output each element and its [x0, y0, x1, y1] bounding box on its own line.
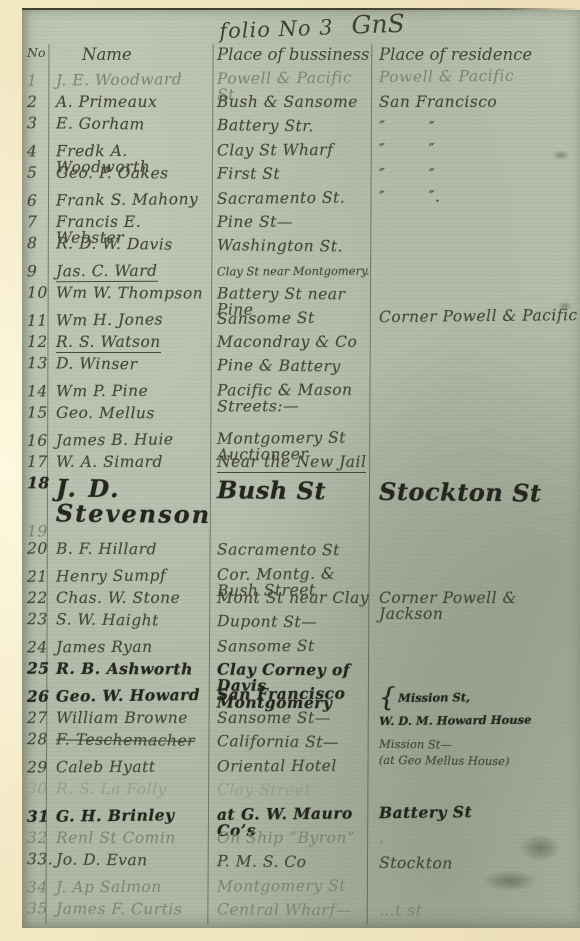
row-name-cell: Geo. Mellus: [48, 405, 213, 422]
row-name-cell: R. B. Ashworth: [48, 661, 213, 678]
handwritten-text: Bush & Sansome: [217, 93, 358, 111]
handwritten-text: 11: [27, 312, 48, 330]
handwritten-text: William Browne: [56, 709, 188, 727]
ink-smudge: [548, 148, 574, 162]
handwritten-text: Wm P. Pine: [56, 382, 148, 400]
handwritten-text: First St: [217, 165, 280, 183]
row-biz-cell: Clay Street: [213, 782, 373, 799]
row-no-cell: 14: [22, 383, 48, 399]
handwritten-text: 21: [27, 568, 48, 586]
row-name-cell: J. E. Woodward: [48, 71, 213, 89]
row-biz-cell: First St: [213, 166, 373, 183]
handwritten-text: ″ ″.: [379, 188, 441, 207]
register-rows: 1J. E. WoodwardPowell & Pacific StPowell…: [22, 70, 580, 928]
row-res-cell: [373, 637, 580, 638]
row-name-cell: Chas. W. Stone: [48, 590, 213, 606]
row-biz-cell: [213, 522, 373, 523]
handwritten-text: Sansome St: [217, 309, 315, 328]
handwritten-text: Jo. D. Evan: [56, 850, 148, 869]
handwritten-text: R. B. Ashworth: [56, 659, 193, 679]
handwritten-text: Wm H. Jones: [56, 310, 163, 329]
ink-smudge: [510, 828, 570, 868]
handwritten-text: 8: [27, 234, 38, 252]
handwritten-text: 20: [27, 540, 48, 558]
handwritten-text: San Francisco: [379, 93, 497, 111]
handwritten-text: Frank S. Mahony: [56, 190, 198, 209]
handwritten-text: P. M. S. Co: [217, 852, 307, 871]
row-biz-cell: Pine & Battery: [213, 357, 373, 375]
handwritten-text: Chas. W. Stone: [56, 589, 180, 607]
handwritten-text: 18: [27, 473, 50, 492]
ink-smudge: [554, 300, 576, 312]
row-no-cell: 20: [22, 541, 48, 557]
handwritten-text: 10: [27, 284, 48, 302]
handwritten-text: 16: [27, 432, 48, 450]
row-biz-cell: Oriental Hotel: [213, 758, 373, 775]
table-row: 18J. D. StevensonBush StStockton St: [22, 475, 580, 525]
row-name-cell: W. A. Simard: [48, 454, 213, 470]
handwritten-text: 28: [27, 730, 48, 748]
handwritten-text: Sansome St: [217, 637, 315, 656]
handwritten-text: James Ryan: [56, 638, 153, 657]
scanned-register-page: { "page": { "folio_label": "folio No 3",…: [0, 0, 580, 941]
row-name-cell: Geo. W. Howard: [48, 687, 213, 705]
row-no-cell: 31: [22, 809, 48, 826]
row-biz-cell: Sansome St—: [213, 710, 373, 726]
row-no-cell: 27: [22, 710, 48, 726]
handwritten-text: …t st: [379, 901, 422, 919]
handwritten-text: R. D. W. Davis: [56, 234, 173, 253]
row-name-cell: Caleb Hyatt: [48, 758, 213, 775]
row-res-cell: [373, 521, 580, 522]
row-biz-cell: Clay St near Montgomery.: [213, 262, 373, 279]
handwritten-text: Clay St Wharf: [217, 141, 333, 160]
handwritten-text: ″ ″: [379, 118, 435, 137]
row-no-cell: 8: [22, 235, 48, 252]
row-no-cell: 2: [22, 94, 48, 110]
row-biz-cell: Bush St: [213, 477, 373, 504]
handwritten-text: 15: [27, 404, 48, 422]
handwritten-text: Sacramento St.: [217, 189, 345, 208]
row-biz-cell: Sacramento St: [213, 542, 373, 559]
row-res-cell: Powell & Pacific: [373, 67, 580, 85]
handwritten-text: 14: [27, 382, 48, 400]
handwritten-text: J. Ap Salmon: [56, 878, 162, 897]
row-no-cell: 4: [22, 143, 48, 159]
folio-header: folio No 3GnS: [192, 8, 433, 45]
row-name-cell: Jo. D. Evan: [48, 851, 213, 869]
handwritten-text: Sansome St—: [217, 709, 331, 727]
column-header-name: Name: [48, 46, 213, 68]
row-no-cell: 29: [22, 759, 48, 775]
handwritten-text: On Ship “Byron”: [217, 829, 355, 847]
row-no-cell: 28: [22, 731, 48, 748]
handwritten-text: James F. Curtis: [56, 900, 182, 919]
row-biz-cell: Dupont St—: [213, 613, 373, 631]
row-biz-cell: [213, 406, 373, 407]
row-res-cell: [373, 239, 580, 241]
handwritten-text: 9: [27, 262, 37, 280]
handwritten-text: Sacramento St: [217, 541, 340, 560]
handwritten-text: Wm W. Thompson: [56, 284, 203, 303]
table-row: 35James F. CurtisCentral Wharf—…t st: [22, 901, 580, 928]
handwritten-text: G. H. Brinley: [56, 805, 175, 825]
row-no-cell: 32: [22, 830, 48, 846]
row-no-cell: 19: [22, 523, 48, 539]
handwritten-text: Washington St.: [217, 236, 343, 255]
handwritten-text: James B. Huie: [56, 430, 174, 449]
handwritten-text: D. Winser: [56, 354, 138, 373]
handwritten-text: Near the New Jail: [217, 453, 366, 473]
handwritten-text: 31: [27, 807, 50, 826]
row-biz-cell: Mont St near Clay: [213, 590, 373, 606]
row-no-cell: 13: [22, 355, 48, 372]
row-res-cell: ″ ″: [373, 119, 580, 137]
handwritten-text: Battery Str.: [217, 116, 314, 135]
handwritten-text: ″ ″: [379, 165, 435, 183]
row-res-cell: Stockton St: [373, 479, 580, 506]
row-name-cell: James F. Curtis: [48, 901, 213, 918]
handwritten-text: S. W. Haight: [56, 610, 159, 629]
row-name-cell: [48, 522, 213, 523]
row-res-cell: [373, 406, 580, 407]
row-biz-cell: Macondray & Co: [213, 334, 373, 350]
row-name-cell: Geo. P. Oakes: [48, 165, 213, 182]
row-res-cell: ″ ″.: [373, 187, 580, 205]
handwritten-text: Caleb Hyatt: [56, 758, 156, 777]
row-name-cell: James Ryan: [48, 638, 213, 655]
row-biz-cell: Montgomery St: [213, 878, 373, 895]
row-no-cell: 1: [22, 73, 48, 90]
handwritten-text: Battery St: [379, 802, 472, 822]
row-name-cell: B. F. Hillard: [48, 541, 213, 558]
row-no-cell: 26: [22, 689, 48, 706]
handwritten-text: Mont St near Clay: [217, 589, 369, 607]
handwritten-text: Geo. W. Howard: [56, 685, 200, 706]
handwritten-text: R. S. La Folly: [56, 780, 167, 799]
handwritten-text: 25: [27, 659, 50, 678]
row-biz-cell: Sansome St: [213, 638, 373, 655]
row-biz-cell: Washington St.: [213, 237, 373, 255]
row-name-cell: Wm H. Jones: [48, 311, 213, 329]
handwritten-text: Geo. P. Oakes: [56, 164, 169, 183]
handwritten-text: B. F. Hillard: [56, 540, 157, 559]
handwritten-text: ″ ″: [379, 140, 435, 158]
row-res-cell: [373, 662, 580, 663]
handwritten-text: Pine & Battery: [217, 356, 341, 375]
handwritten-text: 22: [27, 589, 48, 607]
row-no-cell: 35: [22, 901, 48, 917]
handwritten-text: Powell & Pacific: [379, 67, 514, 86]
handwritten-text: .: [379, 829, 384, 847]
handwritten-text: Pine St—: [217, 213, 293, 231]
row-name-cell: James B. Huie: [48, 431, 213, 449]
handwritten-text: California St—: [217, 732, 339, 751]
handwritten-text: 7: [27, 213, 37, 231]
row-no-cell: 11: [22, 313, 48, 330]
row-res-cell: San Francisco: [373, 94, 580, 110]
row-res-cell: Corner Powell & Pacific: [373, 307, 580, 325]
row-no-cell: 7: [22, 214, 48, 230]
row-name-cell: F. Teschemacher: [48, 731, 213, 749]
row-biz-cell: On Ship “Byron”: [213, 830, 373, 846]
handwritten-text: E. Gorham: [56, 114, 145, 133]
handwritten-text: Geo. Mellus: [56, 404, 155, 423]
handwritten-text: Montgomery St: [217, 877, 346, 896]
handwritten-text: 2: [27, 93, 37, 111]
handwritten-text: Oriental Hotel: [217, 757, 337, 776]
row-res-cell: ″ ″: [373, 166, 580, 183]
handwritten-text: 29: [27, 758, 48, 776]
row-res-cell: Battery St: [373, 803, 580, 821]
row-res-cell: [373, 542, 580, 543]
handwritten-text: Bush St: [217, 475, 326, 505]
row-name-cell: J. D. Stevenson: [48, 475, 214, 527]
handwritten-text: 1: [27, 72, 38, 90]
handwritten-text: 27: [27, 709, 48, 727]
handwritten-text: 34: [27, 878, 48, 896]
row-name-cell: G. H. Brinley: [48, 807, 213, 825]
handwritten-text: 35: [27, 900, 48, 918]
handwritten-text: 30: [27, 780, 48, 798]
handwritten-text: Macondray & Co: [217, 333, 357, 351]
row-biz-cell: Sansome St: [213, 309, 373, 327]
handwritten-text: 24: [27, 638, 48, 656]
row-biz-cell: Pine St—: [213, 214, 373, 230]
handwritten-text: 12: [27, 333, 48, 351]
row-no-cell: 9: [22, 263, 48, 279]
handwritten-text: 3: [27, 114, 38, 132]
handwritten-text: 19: [27, 522, 48, 540]
handwritten-text: F. Teschemacher: [56, 730, 195, 749]
ink-smudge: [470, 866, 550, 896]
row-res-cell: [373, 261, 580, 262]
handwritten-text: Stockton: [379, 854, 453, 873]
row-no-cell: 5: [22, 165, 48, 181]
row-name-cell: William Browne: [48, 710, 213, 726]
row-res-cell: [373, 757, 580, 758]
row-name-cell: R. D. W. Davis: [48, 235, 213, 253]
row-name-cell: Renl St Comin: [48, 830, 213, 846]
handwritten-text: Clay Street: [217, 781, 311, 799]
row-no-cell: 10: [22, 285, 48, 301]
folio-label: folio No 3: [219, 15, 334, 43]
row-name-cell: E. Gorham: [48, 115, 213, 133]
row-res-cell: [373, 782, 580, 783]
handwritten-text: 26: [27, 687, 50, 706]
row-no-cell: 25: [22, 661, 48, 677]
column-header-no: No: [22, 46, 48, 68]
row-biz-cell: Central Wharf—: [213, 902, 373, 919]
row-no-cell: 21: [22, 569, 48, 586]
row-biz-cell: Near the New Jail: [213, 454, 373, 470]
handwritten-text: J. E. Woodward: [56, 70, 183, 89]
handwritten-text: R. S. Watson: [56, 333, 161, 353]
row-name-cell: Wm P. Pine: [48, 382, 213, 399]
row-no-cell: 30: [22, 781, 48, 797]
row-name-cell: R. S. Watson: [48, 334, 213, 350]
row-no-cell: 12: [22, 334, 48, 350]
row-name-cell: Henry Sumpf: [48, 567, 213, 585]
handwritten-text: 32: [27, 829, 48, 847]
column-header-residence: Place of residence: [373, 46, 580, 68]
row-biz-cell: Clay St Wharf: [213, 142, 373, 159]
handwritten-text: Dupont St—: [217, 612, 317, 631]
handwritten-text: Clay St near Montgomery.: [217, 264, 370, 279]
ledger-page: folio No 3GnS No Name Place of bussiness…: [22, 10, 580, 928]
row-biz-cell: California St—: [213, 733, 373, 751]
row-name-cell: R. S. La Folly: [48, 781, 213, 798]
handwritten-text: Corner Powell & Pacific: [379, 306, 578, 326]
row-no-cell: 16: [22, 433, 48, 450]
row-name-cell: S. W. Haight: [48, 611, 213, 629]
handwritten-text: Stockton St: [379, 477, 542, 508]
handwritten-text: 6: [27, 192, 38, 210]
row-name-cell: A. Primeaux: [48, 94, 213, 110]
row-biz-cell: P. M. S. Co: [213, 853, 373, 871]
row-biz-cell: Battery Str.: [213, 117, 373, 135]
row-name-cell: Wm W. Thompson: [48, 285, 213, 302]
row-res-cell: …t st: [373, 902, 580, 919]
handwritten-text: 23: [27, 610, 48, 628]
row-biz-cell: Sacramento St.: [213, 189, 373, 207]
handwritten-text: Renl St Comin: [56, 829, 176, 847]
row-res-cell: [373, 381, 580, 382]
handwritten-text: W. A. Simard: [56, 453, 163, 471]
handwritten-text: San Francisco: [217, 684, 346, 704]
brace-glyph: {: [379, 685, 396, 712]
row-name-cell: Jas. C. Ward: [48, 262, 213, 279]
handwritten-text: Central Wharf—: [217, 901, 352, 920]
row-res-cell: [373, 286, 580, 287]
handwritten-text: 4: [27, 142, 37, 160]
handwritten-text: 13: [27, 354, 48, 372]
row-biz-cell: San Francisco: [213, 685, 373, 703]
row-no-cell: 18: [22, 475, 48, 492]
row-no-cell: 23: [22, 611, 48, 628]
row-no-cell: 3: [22, 115, 48, 132]
row-no-cell: 15: [22, 405, 48, 421]
row-name-cell: Frank S. Mahony: [48, 191, 213, 209]
handwritten-text: 17: [27, 453, 48, 471]
row-no-cell: 33.: [22, 851, 48, 868]
row-no-cell: 22: [22, 590, 48, 606]
row-biz-cell: Bush & Sansome: [213, 94, 373, 110]
row-no-cell: 34: [22, 879, 48, 895]
column-header-business: Place of bussiness: [213, 46, 373, 68]
handwritten-text: A. Primeaux: [56, 93, 157, 111]
handwritten-text: Henry Sumpf: [56, 566, 166, 585]
column-headers: No Name Place of bussiness Place of resi…: [22, 46, 580, 68]
row-no-cell: 24: [22, 639, 48, 655]
row-name-cell: D. Winser: [48, 355, 213, 373]
folio-flourish: GnS: [351, 9, 405, 40]
row-res-cell: [373, 359, 580, 361]
row-no-cell: 6: [22, 193, 48, 210]
row-name-cell: J. Ap Salmon: [48, 878, 213, 895]
row-no-cell: 17: [22, 454, 48, 470]
handwritten-text: J. D. Stevenson: [56, 473, 212, 529]
handwritten-text: 5: [27, 164, 37, 182]
handwritten-text: Jas. C. Ward: [56, 262, 158, 283]
